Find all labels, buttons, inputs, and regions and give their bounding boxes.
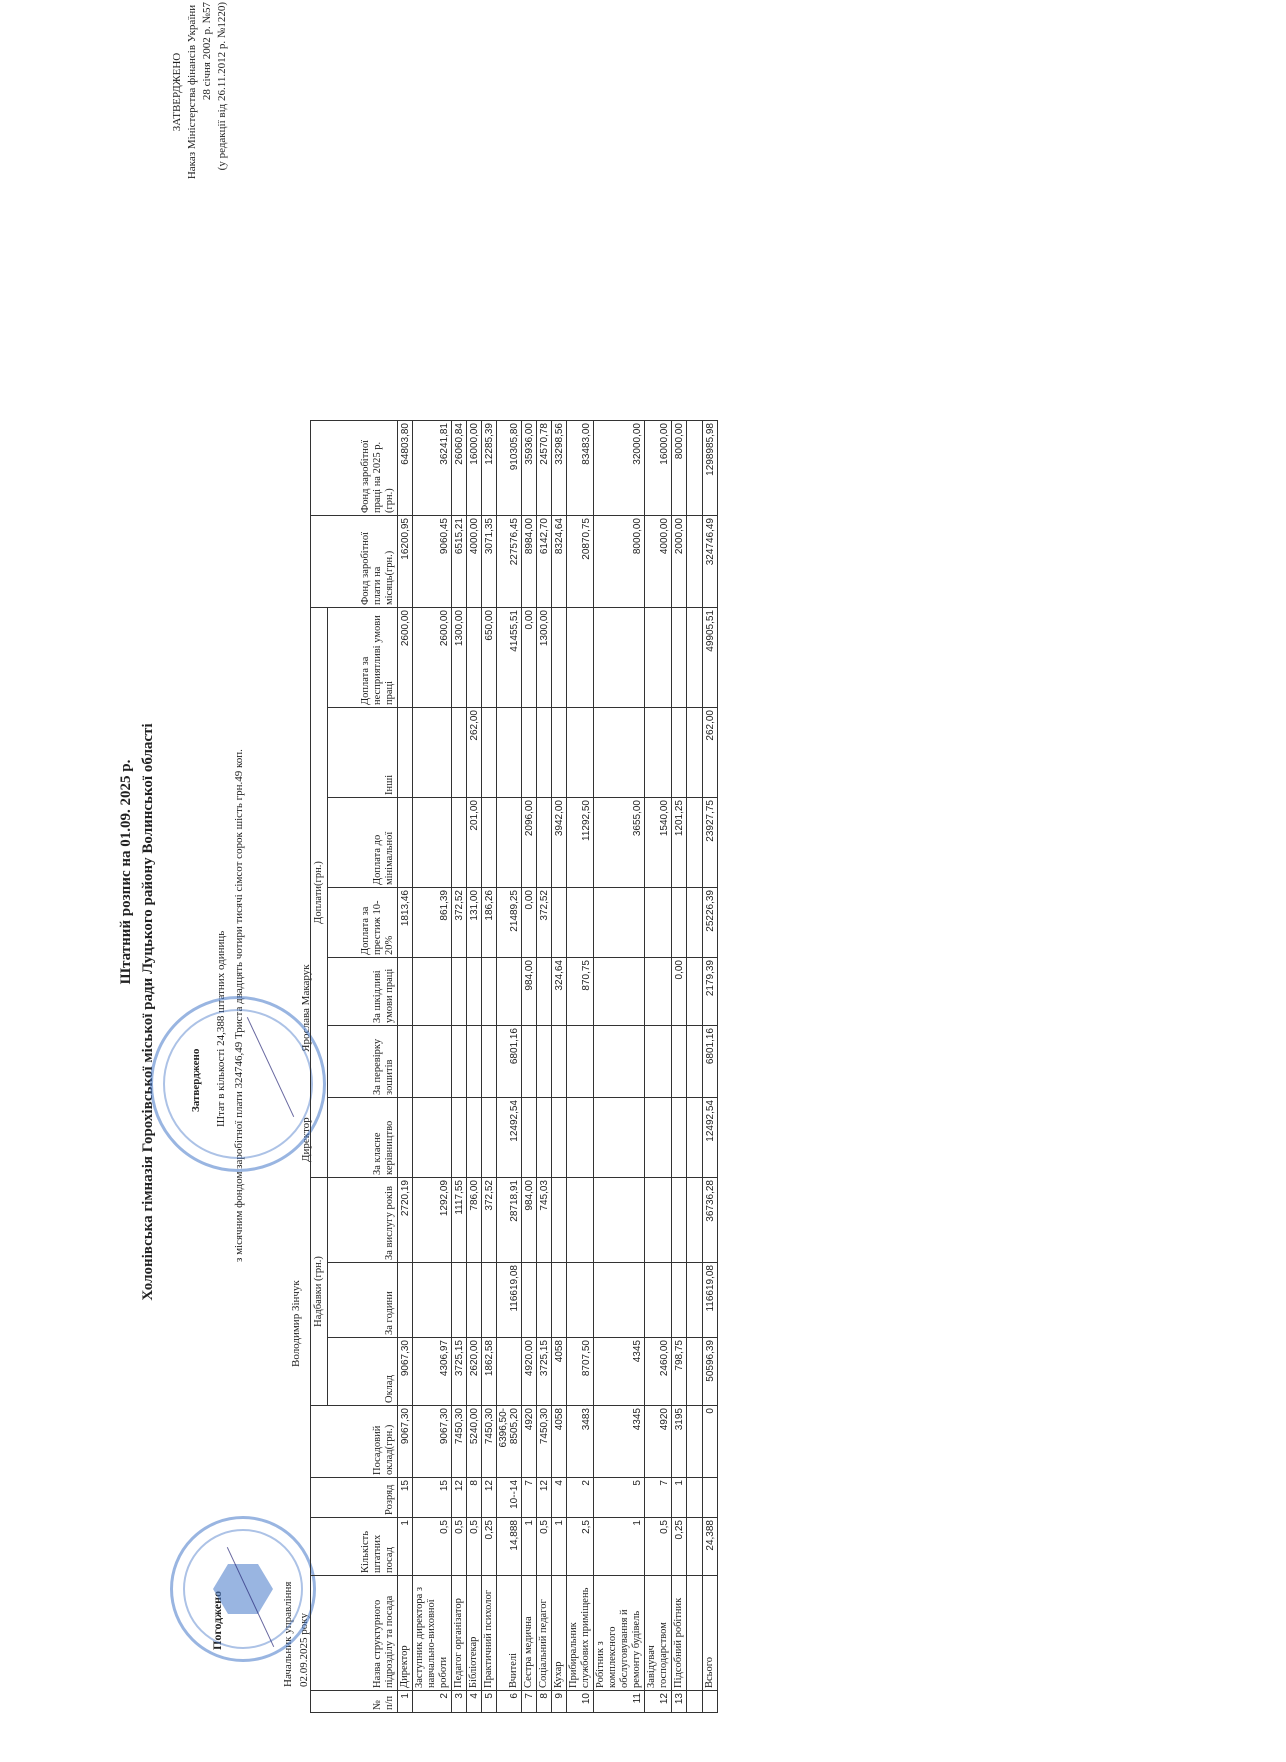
cell-minimum: 2096,00 — [522, 798, 537, 888]
cell-n: 4 — [467, 1691, 482, 1713]
cell-oklad: 4345 — [594, 1338, 645, 1406]
approved-revision: (у редакції від 26.11.2012 р. №1220) — [215, 2, 230, 182]
approved-date: 28 січня 2002 р. №57 — [200, 2, 215, 182]
cell-base: 4345 — [594, 1406, 645, 1478]
cell-harmful — [452, 958, 467, 1026]
cell-hours — [567, 1263, 594, 1338]
table-row: 4Бібліотекар0,585240,002620,00786,00131,… — [467, 421, 482, 1713]
cell-other — [594, 708, 645, 798]
cell-harmful: 0,00 — [672, 958, 687, 1026]
cell-base: 3195 — [672, 1406, 687, 1478]
cell-count: 0,5 — [645, 1518, 672, 1576]
col-count: Кількість штатних посад — [311, 1518, 398, 1576]
cell-class — [537, 1098, 552, 1178]
cell-oklad: 3725,15 — [452, 1338, 467, 1406]
cell-harmful — [413, 958, 452, 1026]
approval-stamp-text: ЗАТВЕРДЖЕНО Наказ Міністерства фінансів … — [170, 2, 230, 182]
total-base: 0 — [703, 1406, 718, 1478]
cell-notebooks: 6801,16 — [497, 1026, 522, 1098]
cell-rank: 15 — [398, 1478, 413, 1518]
cell-name: Директор — [398, 1576, 413, 1691]
cell-unfav — [672, 608, 687, 708]
cell-annual: 910305,80 — [497, 421, 522, 516]
head-name: Володимир Зінчук — [290, 1280, 302, 1367]
cell-hours — [452, 1263, 467, 1338]
cell-harmful: 870,75 — [567, 958, 594, 1026]
cell-prestige: 186,26 — [482, 888, 497, 958]
total-count: 24,388 — [703, 1518, 718, 1576]
total-oklad: 50596,39 — [703, 1338, 718, 1406]
cell-unfav: 41455,51 — [497, 608, 522, 708]
cell-count: 1 — [594, 1518, 645, 1576]
cell-minimum: 1201,25 — [672, 798, 687, 888]
cell-other — [672, 708, 687, 798]
cell-minimum — [497, 798, 522, 888]
cell-rank: 15 — [413, 1478, 452, 1518]
cell-oklad: 4920,00 — [522, 1338, 537, 1406]
approved-order: Наказ Міністерства фінансів України — [185, 2, 200, 182]
cell-seniority: 2720,19 — [398, 1178, 413, 1263]
cell-rank: 2 — [567, 1478, 594, 1518]
cell-prestige — [594, 888, 645, 958]
cell-base: 9067,30 — [413, 1406, 452, 1478]
cell-rank: 7 — [522, 1478, 537, 1518]
cell-name: Практичний психолог — [482, 1576, 497, 1691]
table-row: 12Завідувач господарством0,5749202460,00… — [645, 421, 672, 1713]
cell-class — [482, 1098, 497, 1178]
cell-base: 5240,00 — [467, 1406, 482, 1478]
agreed-label: Погоджено — [210, 1591, 225, 1650]
cell-prestige: 21489,25 — [497, 888, 522, 958]
cell-seniority: 28718,91 — [497, 1178, 522, 1263]
cell-base: 6396,50-8505,20 — [497, 1406, 522, 1478]
cell-hours — [672, 1263, 687, 1338]
cell-count: 14,888 — [497, 1518, 522, 1576]
cell-class: 12492,54 — [497, 1098, 522, 1178]
cell-notebooks — [594, 1026, 645, 1098]
col-base-salary: Посадовий оклад(грн.) — [311, 1406, 398, 1478]
cell-monthly: 8984,00 — [522, 516, 537, 608]
total-hours: 116619,08 — [703, 1263, 718, 1338]
cell-annual: 26060,84 — [452, 421, 467, 516]
cell-harmful — [467, 958, 482, 1026]
cell-oklad — [497, 1338, 522, 1406]
cell-monthly: 9060,45 — [413, 516, 452, 608]
cell-minimum: 1540,00 — [645, 798, 672, 888]
cell-prestige: 861,39 — [413, 888, 452, 958]
cell-harmful: 324,64 — [552, 958, 567, 1026]
col-class-mgmt: За класне керівництво — [328, 1098, 398, 1178]
cell-harmful — [594, 958, 645, 1026]
cell-notebooks — [452, 1026, 467, 1098]
col-other: Інші — [328, 708, 398, 798]
cell-rank: 7 — [645, 1478, 672, 1518]
table-row: 10Прибиральник службових приміщень2,5234… — [567, 421, 594, 1713]
col-prestige: Доплата за престиж 10-20% — [328, 888, 398, 958]
cell-annual: 16000,00 — [645, 421, 672, 516]
cell-class — [672, 1098, 687, 1178]
cell-notebooks — [552, 1026, 567, 1098]
cell-rank: 10--14 — [497, 1478, 522, 1518]
cell-oklad: 798,75 — [672, 1338, 687, 1406]
cell-monthly: 227576,45 — [497, 516, 522, 608]
approved-label: ЗАТВЕРДЖЕНО — [170, 2, 185, 182]
cell-n: 8 — [537, 1691, 552, 1713]
cell-n: 13 — [672, 1691, 687, 1713]
total-notebooks: 6801,16 — [703, 1026, 718, 1098]
cell-seniority: 1117,55 — [452, 1178, 467, 1263]
cell-prestige — [672, 888, 687, 958]
cell-rank: 5 — [594, 1478, 645, 1518]
cell-monthly: 3071,35 — [482, 516, 497, 608]
col-oklad: Оклад — [328, 1338, 398, 1406]
cell-other — [482, 708, 497, 798]
cell-hours — [467, 1263, 482, 1338]
table-row: 8Соціальний педагог0,5127450,303725,1574… — [537, 421, 552, 1713]
cell-prestige: 131,00 — [467, 888, 482, 958]
cell-other — [567, 708, 594, 798]
cell-hours — [645, 1263, 672, 1338]
cell-name: Кухар — [552, 1576, 567, 1691]
cell-seniority: 1292,09 — [413, 1178, 452, 1263]
cell-monthly: 2000,00 — [672, 516, 687, 608]
cell-class — [645, 1098, 672, 1178]
col-unfavorable: Доплата за несприятливі умови праці — [328, 608, 398, 708]
cell-annual: 8000,00 — [672, 421, 687, 516]
total-monthly: 324746,49 — [703, 516, 718, 608]
table-row: 3Педагог організатор0,5127450,303725,151… — [452, 421, 467, 1713]
cell-monthly: 16200,95 — [398, 516, 413, 608]
cell-minimum: 201,00 — [467, 798, 482, 888]
cell-notebooks — [482, 1026, 497, 1098]
cell-other — [537, 708, 552, 798]
cell-hours — [398, 1263, 413, 1338]
cell-n: 3 — [452, 1691, 467, 1713]
cell-notebooks — [567, 1026, 594, 1098]
cell-base: 4058 — [552, 1406, 567, 1478]
blank-row — [687, 421, 703, 1713]
col-to-minimum: Доплата до мінімальної — [328, 798, 398, 888]
cell-other — [497, 708, 522, 798]
head-title: Начальник управління — [280, 1582, 296, 1687]
cell-count: 0,25 — [482, 1518, 497, 1576]
cell-class — [467, 1098, 482, 1178]
total-row: Всього 24,388 0 50596,39 116619,08 36736… — [703, 421, 718, 1713]
cell-count: 0,5 — [537, 1518, 552, 1576]
cell-other — [398, 708, 413, 798]
cell-annual: 16000,00 — [467, 421, 482, 516]
cell-unfav — [645, 608, 672, 708]
col-annual-fund: Фонд заробітної праці на 2025 р.(грн.) — [311, 421, 398, 516]
cell-class — [552, 1098, 567, 1178]
cell-oklad: 1862,58 — [482, 1338, 497, 1406]
cell-monthly: 6142,70 — [537, 516, 552, 608]
cell-prestige: 372,52 — [537, 888, 552, 958]
cell-name: Завідувач господарством — [645, 1576, 672, 1691]
cell-annual: 33298,56 — [552, 421, 567, 516]
total-class-mgmt: 12492,54 — [703, 1098, 718, 1178]
cell-class — [413, 1098, 452, 1178]
cell-n: 10 — [567, 1691, 594, 1713]
cell-class — [398, 1098, 413, 1178]
cell-n: 7 — [522, 1691, 537, 1713]
cell-oklad: 8707,50 — [567, 1338, 594, 1406]
cell-oklad: 4306,97 — [413, 1338, 452, 1406]
cell-class — [567, 1098, 594, 1178]
col-harmful: За шкідливі умови праці — [328, 958, 398, 1026]
cell-count: 2,5 — [567, 1518, 594, 1576]
cell-monthly: 8324,64 — [552, 516, 567, 608]
cell-prestige: 372,52 — [452, 888, 467, 958]
cell-name: Бібліотекар — [467, 1576, 482, 1691]
cell-harmful: 984,00 — [522, 958, 537, 1026]
cell-count: 0,25 — [672, 1518, 687, 1576]
cell-other — [452, 708, 467, 798]
cell-unfav — [594, 608, 645, 708]
cell-minimum: 3655,00 — [594, 798, 645, 888]
cell-n: 12 — [645, 1691, 672, 1713]
cell-annual: 35936,00 — [522, 421, 537, 516]
cell-harmful — [537, 958, 552, 1026]
cell-oklad: 9067,30 — [398, 1338, 413, 1406]
cell-unfav — [467, 608, 482, 708]
table-row: 9Кухар1440584058324,643942,008324,643329… — [552, 421, 567, 1713]
cell-annual: 24570,78 — [537, 421, 552, 516]
cell-oklad: 2460,00 — [645, 1338, 672, 1406]
cell-unfav: 2600,00 — [398, 608, 413, 708]
total-prestige: 25226,39 — [703, 888, 718, 958]
total-label: Всього — [703, 1576, 718, 1691]
cell-unfav: 1300,00 — [537, 608, 552, 708]
staff-count-line: Штат в кількості 24,388 штатних одиниць — [215, 931, 227, 1127]
signature-icon — [247, 1017, 294, 1117]
cell-seniority: 786,00 — [467, 1178, 482, 1263]
cell-monthly: 6515,21 — [452, 516, 467, 608]
cell-harmful — [482, 958, 497, 1026]
cell-n: 11 — [594, 1691, 645, 1713]
cell-n: 9 — [552, 1691, 567, 1713]
total-minimum: 23927,75 — [703, 798, 718, 888]
col-notebooks: За перевірку зошитів — [328, 1026, 398, 1098]
cell-harmful — [497, 958, 522, 1026]
cell-rank: 12 — [482, 1478, 497, 1518]
cell-monthly: 4000,00 — [645, 516, 672, 608]
document-title: Штатний розпис на 01.09. 2025 р. — [118, 522, 135, 1222]
cell-n: 2 — [413, 1691, 452, 1713]
cell-prestige — [567, 888, 594, 958]
cell-harmful — [398, 958, 413, 1026]
cell-hours: 116619,08 — [497, 1263, 522, 1338]
cell-seniority — [552, 1178, 567, 1263]
cell-name: Сестра медична — [522, 1576, 537, 1691]
cell-notebooks — [398, 1026, 413, 1098]
cell-unfav: 650,00 — [482, 608, 497, 708]
cell-other — [413, 708, 452, 798]
col-monthly-fund: Фонд заробітної плати на місяць(грн.) — [311, 516, 398, 608]
cell-rank: 1 — [672, 1478, 687, 1518]
cell-count: 1 — [552, 1518, 567, 1576]
cell-n: 5 — [482, 1691, 497, 1713]
cell-minimum: 11292,50 — [567, 798, 594, 888]
cell-count: 1 — [398, 1518, 413, 1576]
cell-base: 7450,30 — [452, 1406, 467, 1478]
cell-other — [552, 708, 567, 798]
cell-annual: 12285,39 — [482, 421, 497, 516]
cell-count: 1 — [522, 1518, 537, 1576]
cell-notebooks — [467, 1026, 482, 1098]
cell-class — [522, 1098, 537, 1178]
cell-unfav — [552, 608, 567, 708]
cell-seniority: 745,03 — [537, 1178, 552, 1263]
cell-count: 0,5 — [467, 1518, 482, 1576]
col-num: № п/п — [311, 1691, 398, 1713]
cell-unfav: 0,00 — [522, 608, 537, 708]
approved-mid-label: Затверджено — [190, 1049, 202, 1112]
cell-rank: 8 — [467, 1478, 482, 1518]
cell-rank: 12 — [537, 1478, 552, 1518]
cell-annual: 83483,00 — [567, 421, 594, 516]
cell-base: 4920 — [522, 1406, 537, 1478]
table-row: 2Заступник директора з навчально-виховно… — [413, 421, 452, 1713]
cell-name: Робітник з комплексного обслуговування й… — [594, 1576, 645, 1691]
cell-seniority — [594, 1178, 645, 1263]
head-of-department: Начальник управління 02.09.2025 року — [280, 1582, 312, 1687]
table-row: 5Практичний психолог0,25127450,301862,58… — [482, 421, 497, 1713]
staffing-table: № п/п Назва структурного підрозділу та п… — [310, 420, 718, 1713]
cell-name: Підсобний робітник — [672, 1576, 687, 1691]
cell-hours — [482, 1263, 497, 1338]
col-name: Назва структурного підрозділу та посада — [311, 1576, 398, 1691]
cell-monthly: 8000,00 — [594, 516, 645, 608]
cell-minimum — [537, 798, 552, 888]
table-row: 1Директор1159067,309067,302720,191813,46… — [398, 421, 413, 1713]
cell-other: 262,00 — [467, 708, 482, 798]
cell-class — [594, 1098, 645, 1178]
cell-oklad: 4058 — [552, 1338, 567, 1406]
cell-monthly: 20870,75 — [567, 516, 594, 608]
cell-base: 7450,30 — [482, 1406, 497, 1478]
table-row: 7Сестра медична1749204920,00984,00984,00… — [522, 421, 537, 1713]
monthly-fund-line: з місячним фондом заробітної плати 32474… — [233, 749, 245, 1262]
cell-base: 4920 — [645, 1406, 672, 1478]
cell-count: 0,5 — [413, 1518, 452, 1576]
cell-other — [645, 708, 672, 798]
cell-minimum: 3942,00 — [552, 798, 567, 888]
cell-hours — [522, 1263, 537, 1338]
cell-unfav: 2600,00 — [413, 608, 452, 708]
col-rank: Розряд — [311, 1478, 398, 1518]
cell-seniority — [567, 1178, 594, 1263]
table-row: 13Підсобний робітник0,2513195798,750,001… — [672, 421, 687, 1713]
cell-n: 6 — [497, 1691, 522, 1713]
cell-seniority: 372,52 — [482, 1178, 497, 1263]
cell-harmful — [645, 958, 672, 1026]
cell-base: 7450,30 — [537, 1406, 552, 1478]
cell-hours — [413, 1263, 452, 1338]
cell-hours — [552, 1263, 567, 1338]
cell-seniority: 984,00 — [522, 1178, 537, 1263]
total-other: 262,00 — [703, 708, 718, 798]
cell-prestige — [552, 888, 567, 958]
cell-name: Прибиральник службових приміщень — [567, 1576, 594, 1691]
cell-name: Заступник директора з навчально-виховної… — [413, 1576, 452, 1691]
cell-unfav — [567, 608, 594, 708]
cell-prestige: 0,00 — [522, 888, 537, 958]
cell-prestige: 1813,46 — [398, 888, 413, 958]
cell-name: Вчителі — [497, 1576, 522, 1691]
total-seniority: 36736,28 — [703, 1178, 718, 1263]
cell-annual: 32000,00 — [594, 421, 645, 516]
cell-unfav: 1300,00 — [452, 608, 467, 708]
cell-notebooks — [672, 1026, 687, 1098]
cell-notebooks — [645, 1026, 672, 1098]
table-row: 6Вчителі14,88810--146396,50-8505,2011661… — [497, 421, 522, 1713]
cell-rank: 12 — [452, 1478, 467, 1518]
cell-name: Соціальний педагог — [537, 1576, 552, 1691]
cell-count: 0,5 — [452, 1518, 467, 1576]
cell-minimum — [398, 798, 413, 888]
col-hours: За години — [328, 1263, 398, 1338]
signature-icon — [227, 1547, 274, 1647]
cell-notebooks — [537, 1026, 552, 1098]
group-allowances: Надбавки (грн.) — [311, 1178, 328, 1406]
cell-name: Педагог організатор — [452, 1576, 467, 1691]
cell-monthly: 4000,00 — [467, 516, 482, 608]
cell-n: 1 — [398, 1691, 413, 1713]
col-seniority: За вислугу років — [328, 1178, 398, 1263]
total-harmful: 2179,39 — [703, 958, 718, 1026]
cell-annual: 36241,81 — [413, 421, 452, 516]
cell-oklad: 2620,00 — [467, 1338, 482, 1406]
cell-oklad: 3725,15 — [537, 1338, 552, 1406]
cell-annual: 64803,80 — [398, 421, 413, 516]
cell-notebooks — [413, 1026, 452, 1098]
cell-minimum — [413, 798, 452, 888]
cell-rank: 4 — [552, 1478, 567, 1518]
document-page: ЗАТВЕРДЖЕНО Наказ Міністерства фінансів … — [0, 0, 1286, 1762]
cell-base: 9067,30 — [398, 1406, 413, 1478]
cell-other — [522, 708, 537, 798]
cell-class — [452, 1098, 467, 1178]
cell-base: 3483 — [567, 1406, 594, 1478]
cell-hours — [594, 1263, 645, 1338]
cell-notebooks — [522, 1026, 537, 1098]
cell-minimum — [482, 798, 497, 888]
table-row: 11Робітник з комплексного обслуговування… — [594, 421, 645, 1713]
total-unfavorable: 49905,51 — [703, 608, 718, 708]
cell-seniority — [672, 1178, 687, 1263]
cell-prestige — [645, 888, 672, 958]
cell-minimum — [452, 798, 467, 888]
cell-hours — [537, 1263, 552, 1338]
institution-name: Холонівська гімназія Горохівської місько… — [140, 562, 157, 1462]
total-annual: 1298985,98 — [703, 421, 718, 516]
group-extra-pay: Доплати(грн.) — [311, 608, 328, 1178]
cell-seniority — [645, 1178, 672, 1263]
